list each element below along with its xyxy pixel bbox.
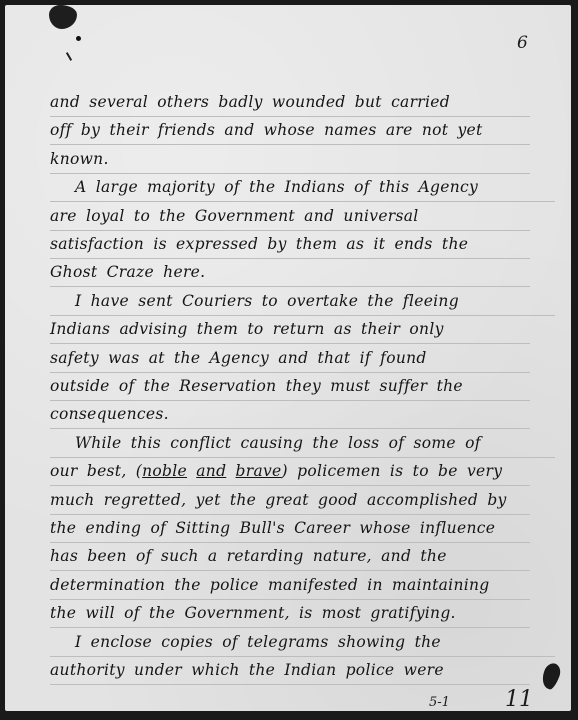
ink-dot (76, 36, 81, 41)
ink-mark (66, 52, 72, 61)
ink-blot-bottom-right (539, 661, 563, 691)
handwritten-line: and several others badly wounded but car… (50, 91, 530, 117)
line-text (187, 462, 196, 480)
handwritten-line: authority under which the Indian police … (50, 659, 530, 685)
handwritten-line: consequences. (50, 403, 530, 429)
handwritten-line: has been of such a retarding nature, and… (50, 545, 530, 571)
handwritten-letter-page: 6 and several others badly wounded but c… (5, 5, 571, 711)
tally-mark: 11 (505, 687, 533, 712)
handwritten-line: known. (50, 148, 530, 174)
line-text (226, 462, 235, 480)
handwritten-line: our best, (noble and brave) policemen is… (50, 460, 530, 486)
underlined-word: and (196, 462, 226, 480)
handwritten-line: Ghost Craze here. (50, 261, 530, 287)
underlined-word: brave (236, 462, 282, 480)
scan-border: 6 and several others badly wounded but c… (0, 0, 578, 720)
handwritten-line: While this conflict causing the loss of … (50, 432, 555, 458)
handwritten-line: are loyal to the Government and universa… (50, 205, 530, 231)
handwritten-line: safety was at the Agency and that if fou… (50, 347, 530, 373)
handwritten-line: determination the police manifested in m… (50, 574, 530, 600)
ink-blot-top-left (49, 5, 77, 29)
handwritten-line: Indians advising them to return as their… (50, 318, 530, 344)
line-text: ) policemen is to be very (282, 462, 503, 480)
handwritten-line: A large majority of the Indians of this … (50, 176, 555, 202)
handwritten-line: satisfaction is expressed by them as it … (50, 233, 530, 259)
handwritten-line: the will of the Government, is most grat… (50, 602, 530, 628)
handwritten-line: I enclose copies of telegrams showing th… (50, 631, 555, 657)
handwritten-line: the ending of Sitting Bull's Career whos… (50, 517, 530, 543)
page-number: 6 (517, 33, 528, 53)
handwritten-line: I have sent Couriers to overtake the fle… (50, 290, 555, 316)
handwritten-line: much regretted, yet the great good accom… (50, 489, 530, 515)
archive-number: 5-1 (429, 695, 450, 710)
handwritten-line: off by their friends and whose names are… (50, 119, 530, 145)
line-text: our best, ( (50, 462, 142, 480)
underlined-word: noble (142, 462, 187, 480)
handwritten-line: outside of the Reservation they must suf… (50, 375, 530, 401)
